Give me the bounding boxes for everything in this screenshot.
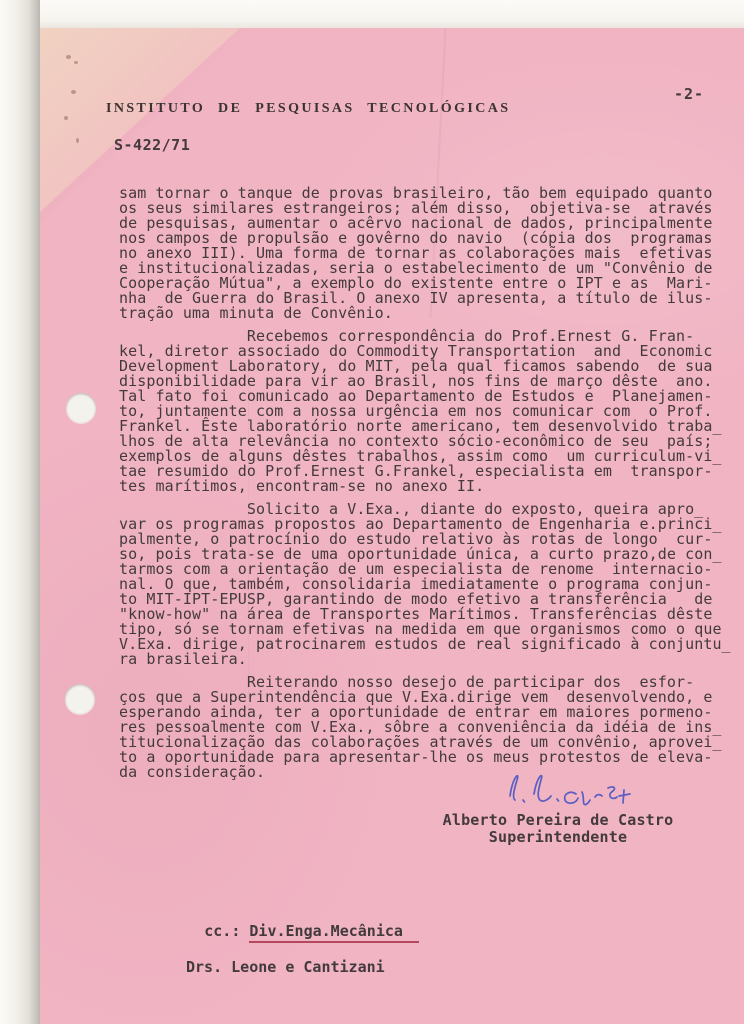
hole-punch-top [66,393,96,423]
letterhead-institution: INSTITUTO DE PESQUISAS TECNOLÓGICAS [106,101,510,117]
hole-punch-bottom [65,684,95,714]
cc-block: cc.: Div.Enga.Mecânica Drs. Leone e Cant… [132,904,419,976]
text-line: tração uma minuta de Convênio. [119,306,725,321]
cc-recipient-division: Div.Enga.Mecânica [249,922,419,943]
letterhead-reference: S-422/71 [114,136,190,154]
signature-ink [500,766,650,814]
signatory-title: Superintendente [440,829,676,846]
paper-speckle [71,90,76,94]
cc-recipient-names: Drs. Leone e Cantizani [132,958,419,976]
scanner-margin-left [0,0,40,1024]
cc-label: cc.: [204,922,249,940]
letter-paper: -2- INSTITUTO DE PESQUISAS TECNOLÓGICAS … [40,28,744,1024]
paragraph: sam tornar o tanque de provas brasileiro… [119,186,725,321]
signature-block: Alberto Pereira de Castro Superintendent… [440,766,676,846]
paragraph: Recebemos correspondência do Prof.Ernest… [119,329,725,494]
text-line: ra brasileira. [119,652,725,667]
paper-speckle [66,55,71,59]
paragraph: Solicito a V.Exa., diante do exposto, qu… [119,502,725,667]
page-number: -2- [674,85,704,103]
letter-body: sam tornar o tanque de provas brasileiro… [119,186,725,788]
paragraph: Reiterando nosso desejo de participar do… [119,675,725,780]
paper-speckle [64,116,68,120]
scanned-document: -2- INSTITUTO DE PESQUISAS TECNOLÓGICAS … [0,0,744,1024]
text-line: tes marítimos, encontram-se no anexo II. [119,479,725,494]
scanner-margin-top [0,0,744,29]
paper-speckle [74,61,78,64]
signatory-name: Alberto Pereira de Castro [440,812,676,829]
paper-speckle [76,138,79,143]
